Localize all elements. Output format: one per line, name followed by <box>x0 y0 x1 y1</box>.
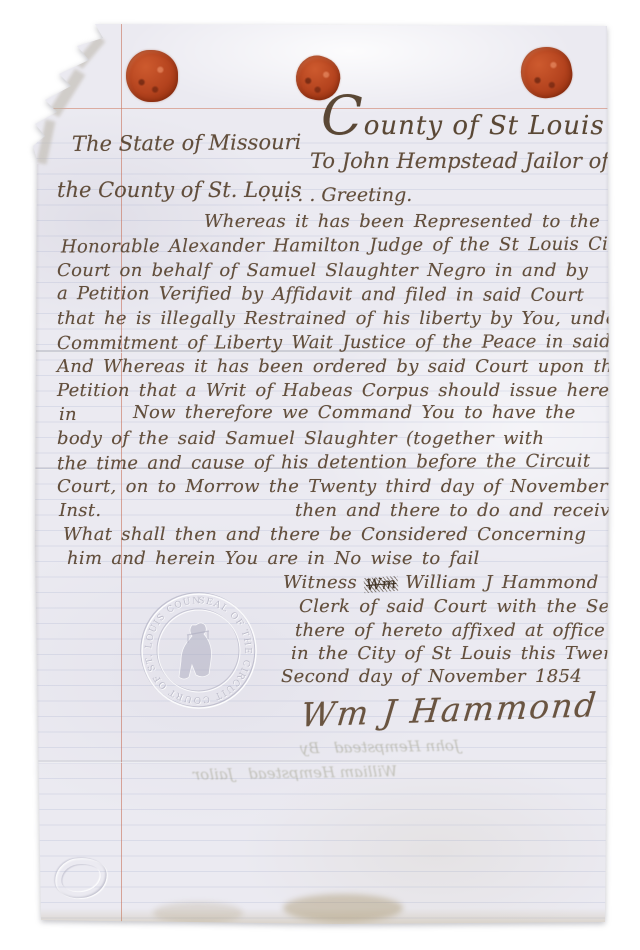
body-line: Inst. <box>59 502 101 520</box>
witness-label: Witness <box>283 574 357 592</box>
body-line: that he is illegally Restrained of his l… <box>57 310 640 328</box>
body-line: him and herein You are in No wise to fai… <box>67 550 480 568</box>
address-to: To John Hempstead Jailor of <box>310 151 609 172</box>
ink-scribble: Wm <box>364 576 399 593</box>
paper-edge-shading <box>33 164 40 924</box>
address-greeting: . . . . . Greeting. <box>261 186 412 205</box>
body-line: body of the said Samuel Slaughter (toget… <box>57 430 544 448</box>
bleedthrough-text: John Hempstead By <box>300 737 460 758</box>
witness-line: Second day of November 1854 <box>281 668 582 686</box>
body-line: a Petition Verified by Affidavit and fil… <box>57 285 584 305</box>
bleedthrough-text: William Hempstead Jailor <box>193 762 398 784</box>
body-line: Honorable Alexander Hamilton Judge of th… <box>61 235 640 256</box>
body-line: Court, on to Morrow the Twenty third day… <box>57 478 608 496</box>
body-line: then and there to do and receive <box>295 502 621 520</box>
address-state: The State of Missouri <box>72 132 301 155</box>
wax-seal-left <box>126 50 178 102</box>
body-line: What shall then and there be Considered … <box>63 526 586 544</box>
torn-edge <box>49 69 86 118</box>
seal-justice-figure <box>179 623 212 679</box>
embossed-court-seal: SEAL OF THE CIRCUIT COURT OF ST. LOUIS C… <box>139 591 259 711</box>
body-line: Petition that a Writ of Habeas Corpus sh… <box>57 382 609 400</box>
body-line: Whereas it has been Represented to the <box>204 213 600 231</box>
stain <box>283 894 403 922</box>
body-line: in <box>59 406 77 424</box>
body-line: the time and cause of his detention befo… <box>57 453 590 474</box>
body-line: Commitment of Liberty Wait Justice of th… <box>57 333 640 353</box>
document-paper: John Hempstead By William Hempstead Jail… <box>33 24 609 924</box>
body-line: And Whereas it has been ordered by said … <box>57 358 640 376</box>
document-heading: County of St Louis Sct. <box>321 88 640 143</box>
witness-line: Clerk of said Court with the Seal <box>299 598 627 616</box>
witness-clerk-name: William J Hammond <box>405 574 598 592</box>
torn-edge <box>75 35 106 69</box>
scan-background: John Hempstead By William Hempstead Jail… <box>0 0 640 950</box>
witness-line: there of hereto affixed at office <box>295 622 605 640</box>
witness-line: Witness Wm William J Hammond <box>283 574 599 592</box>
body-line: Now therefore we Command You to have the <box>133 404 576 422</box>
witness-line: in the City of St Louis this Twenty <box>291 645 633 663</box>
stain <box>153 902 243 924</box>
body-line: Court on behalf of Samuel Slaughter Negr… <box>57 262 588 280</box>
paper-wrap: John Hempstead By William Hempstead Jail… <box>33 24 609 924</box>
